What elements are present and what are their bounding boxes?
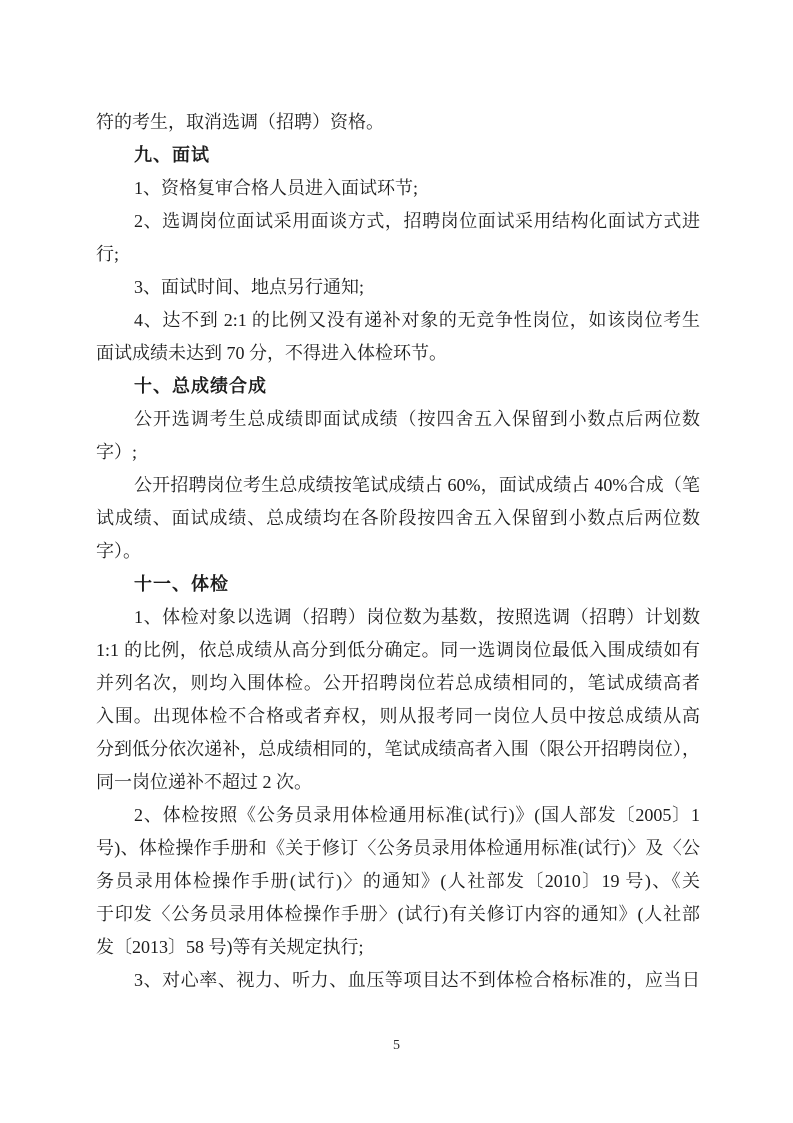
text-line: 4、达不到 2:1 的比例又没有递补对象的无竞争性岗位，如该岗位考生 [96,304,700,337]
page-number: 5 [0,1036,793,1056]
text-line: 试成绩、面试成绩、总成绩均在各阶段按四舍五入保留到小数点后两位数 [96,502,700,535]
text-line: 面试成绩未达到 70 分，不得进入体检环节。 [96,337,700,370]
text-line: 1、体检对象以选调（招聘）岗位数为基数，按照选调（招聘）计划数 [96,601,700,634]
text-line: 并列名次，则均入围体检。公开招聘岗位若总成绩相同的，笔试成绩高者 [96,667,700,700]
section-heading: 九、面试 [96,139,700,172]
text-line: 符的考生，取消选调（招聘）资格。 [96,106,700,139]
text-line: 同一岗位递补不超过 2 次。 [96,766,700,799]
text-line: 3、对心率、视力、听力、血压等项目达不到体检合格标准的，应当日 [96,964,700,997]
text-line: 1、资格复审合格人员进入面试环节; [96,172,700,205]
text-line: 公开招聘岗位考生总成绩按笔试成绩占 60%，面试成绩占 40%合成（笔 [96,469,700,502]
text-line: 2、体检按照《公务员录用体检通用标准(试行)》(国人部发〔2005〕1 [96,799,700,832]
text-line: 行; [96,238,700,271]
text-line: 字）。 [96,535,700,568]
text-line: 分到低分依次递补，总成绩相同的，笔试成绩高者入围（限公开招聘岗位）， [96,733,700,766]
text-line: 于印发〈公务员录用体检操作手册〉(试行)有关修订内容的通知》(人社部 [96,898,700,931]
text-line: 1:1 的比例，依总成绩从高分到低分确定。同一选调岗位最低入围成绩如有 [96,634,700,667]
section-heading: 十一、体检 [96,568,700,601]
text-line: 字）; [96,436,700,469]
section-heading: 十、总成绩合成 [96,370,700,403]
text-line: 发〔2013〕58 号)等有关规定执行; [96,931,700,964]
text-line: 2、选调岗位面试采用面谈方式，招聘岗位面试采用结构化面试方式进 [96,205,700,238]
text-line: 号)、体检操作手册和《关于修订〈公务员录用体检通用标准(试行)〉及〈公 [96,832,700,865]
text-line: 务员录用体检操作手册(试行)〉的通知》(人社部发〔2010〕19 号)、《关 [96,865,700,898]
text-line: 公开选调考生总成绩即面试成绩（按四舍五入保留到小数点后两位数 [96,403,700,436]
text-line: 3、面试时间、地点另行通知; [96,271,700,304]
text-line: 入围。出现体检不合格或者弃权，则从报考同一岗位人员中按总成绩从高 [96,700,700,733]
document-page: 符的考生，取消选调（招聘）资格。九、面试1、资格复审合格人员进入面试环节;2、选… [0,0,793,1123]
document-body: 符的考生，取消选调（招聘）资格。九、面试1、资格复审合格人员进入面试环节;2、选… [96,106,700,997]
